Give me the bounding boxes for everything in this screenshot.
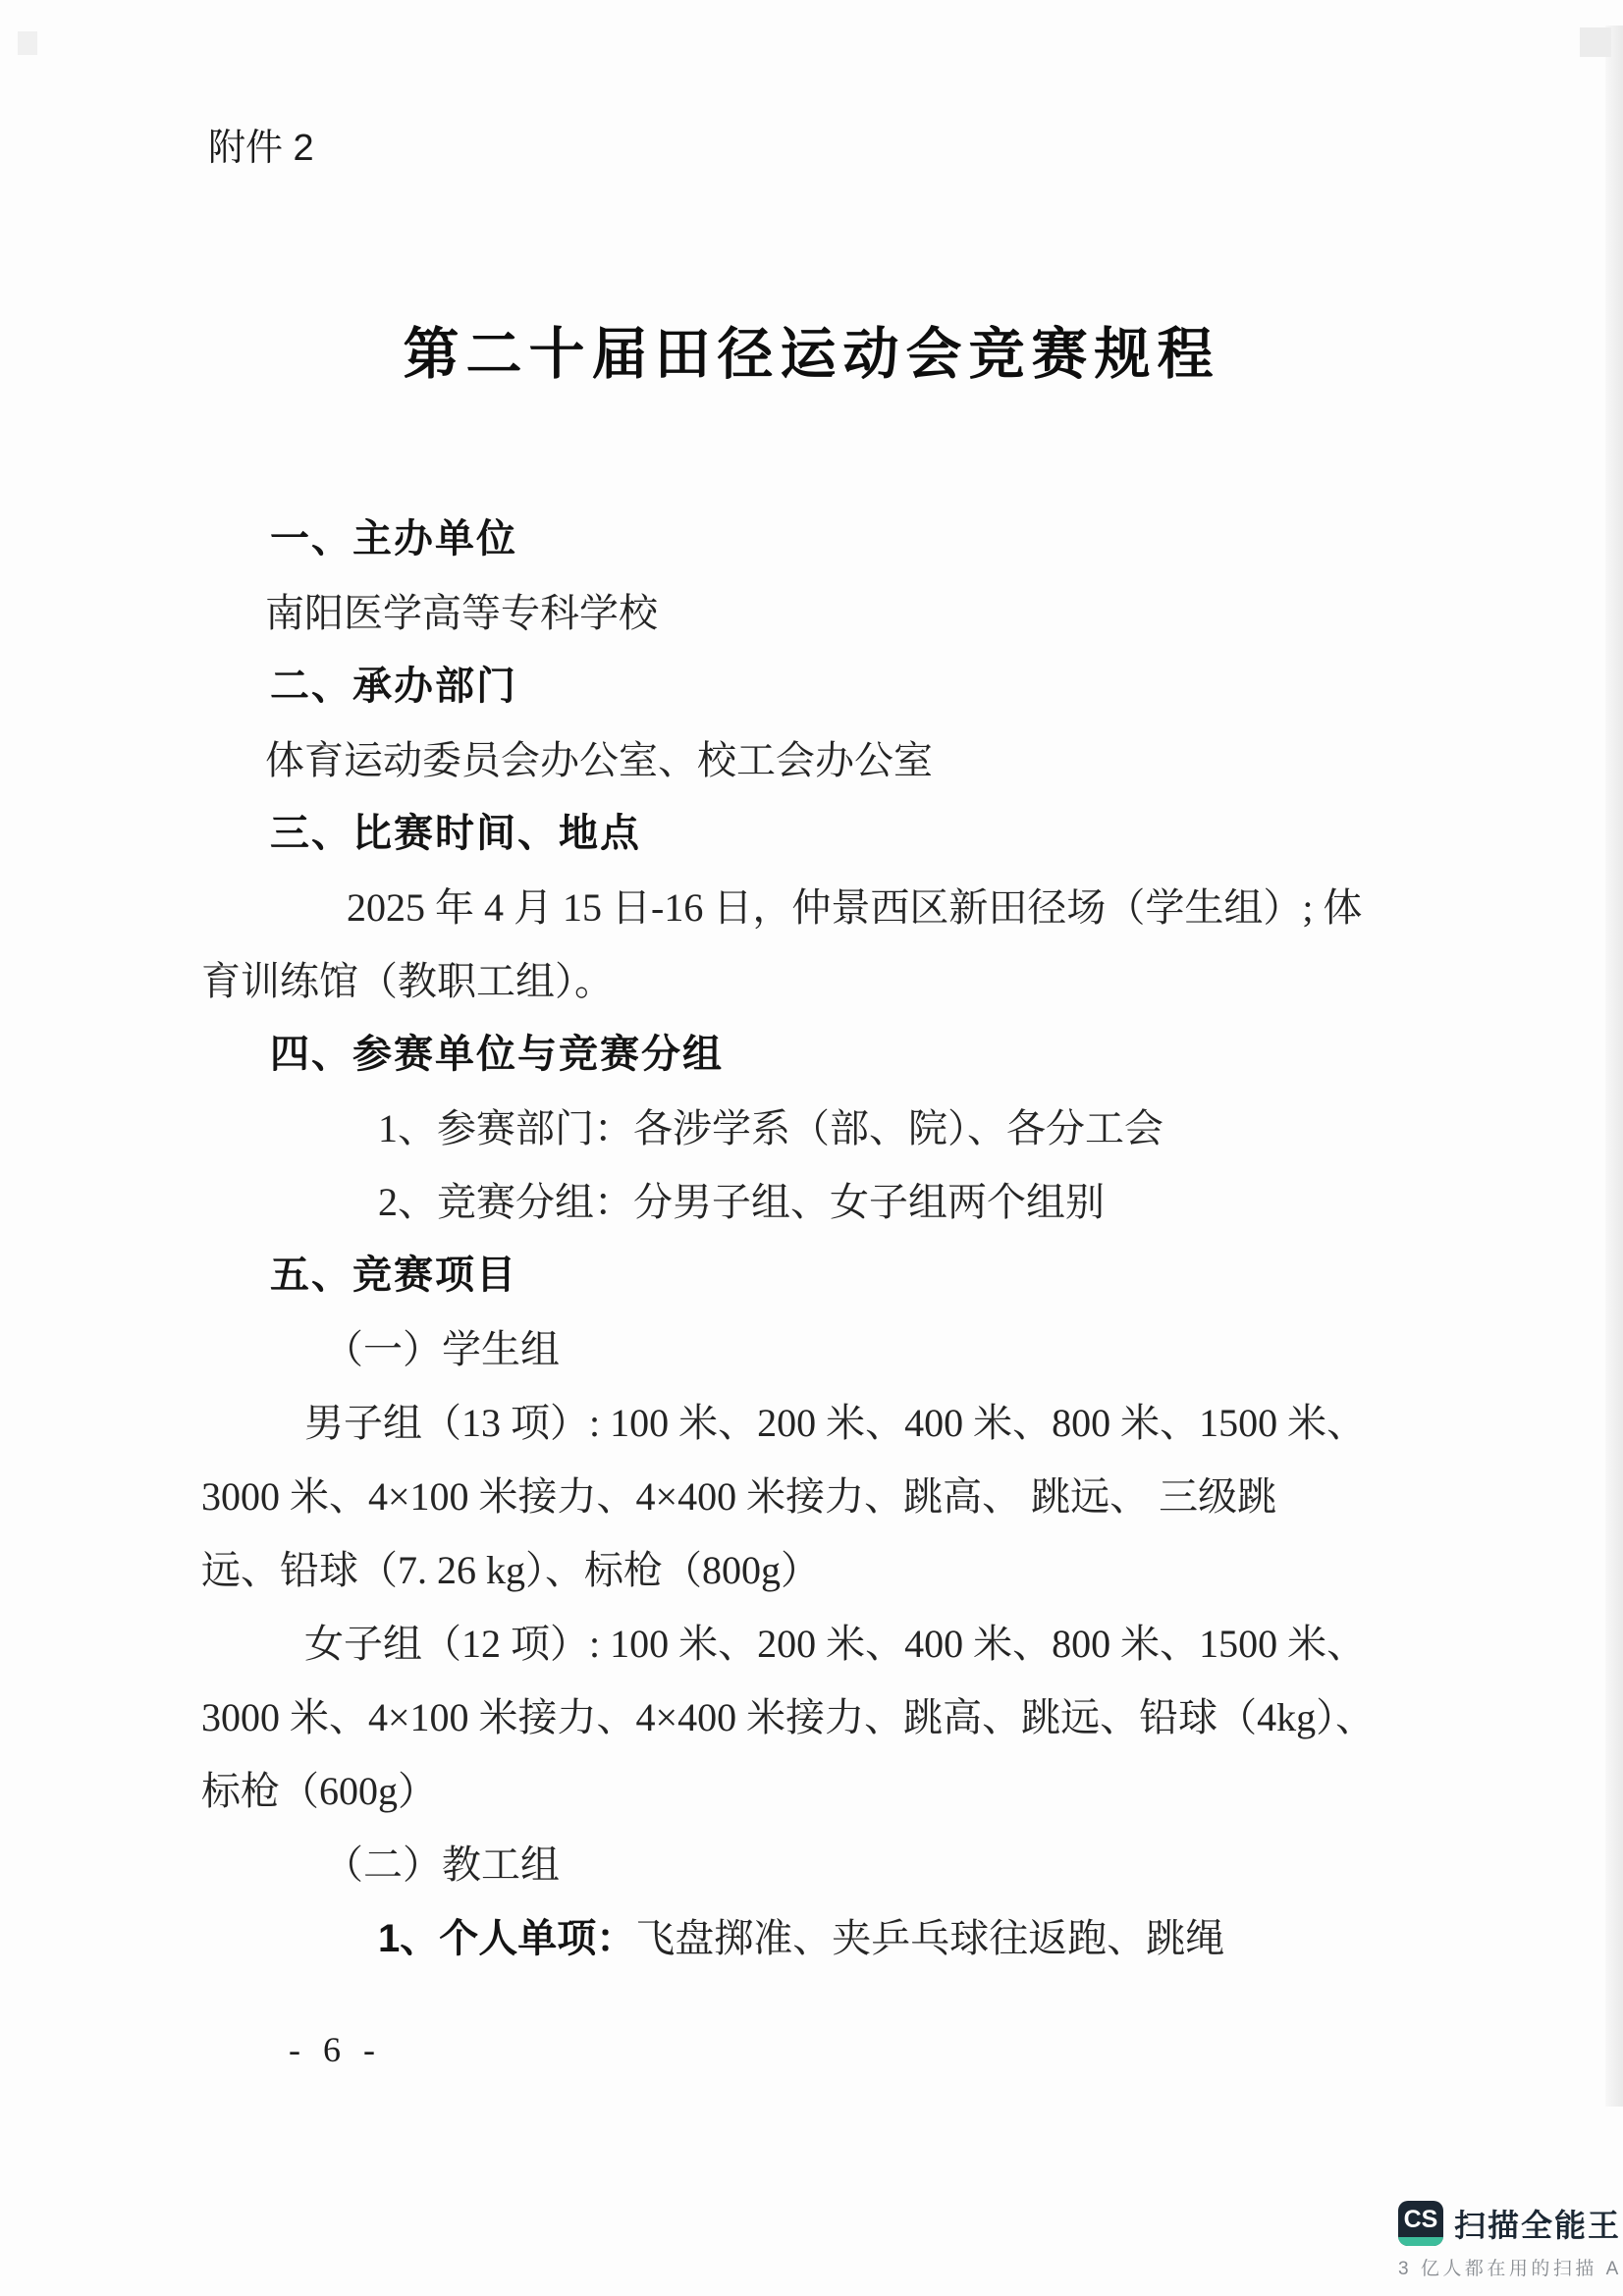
document-body: 一、主办单位 南阳医学高等专科学校 二、承办部门 体育运动委员会办公室、校工会办… [0,503,1623,1976]
section-3-heading: 三、比赛时间、地点 [270,797,1476,871]
organizing-departments-text: 体育运动委员会办公室、校工会办公室 [265,723,1476,797]
section-2-heading: 二、承办部门 [270,650,1476,723]
staff-item-label: 1、个人单项： [378,1917,635,1960]
staff-group-subheading: （二）教工组 [324,1828,1476,1901]
grouping-item: 2、竞赛分组：分男子组、女子组两个组别 [378,1165,1476,1239]
scan-edge-artifact [1605,26,1623,2107]
watermark-logo-row: CS 扫描全能王™ [1398,2201,1623,2246]
watermark-brand-label: 扫描全能王 [1454,2208,1621,2243]
staff-item-body: 飞盘掷准、夹乒乓球往返跑、跳绳 [635,1916,1224,1960]
camscanner-logo-icon: CS [1398,2201,1443,2246]
student-group-subheading: （一）学生组 [324,1312,1476,1386]
men-events-line-1: 男子组（13 项）: 100 米、200 米、400 米、800 米、1500 … [304,1386,1476,1460]
host-unit-text: 南阳医学高等专科学校 [265,576,1476,650]
camscanner-logo-letters: CS [1398,2202,1443,2237]
camscanner-watermark: CS 扫描全能王™ 3 亿人都在用的扫描 App [1398,2201,1623,2280]
camscanner-logo-accent-strip [1398,2237,1443,2246]
watermark-tagline: 3 亿人都在用的扫描 App [1398,2254,1623,2280]
scan-corner-artifact-left [18,31,37,55]
watermark-brand-text: 扫描全能王™ [1454,2201,1623,2246]
section-5-heading: 五、竞赛项目 [270,1239,1476,1312]
document-page: 附件 2 第二十届田径运动会竞赛规程 一、主办单位 南阳医学高等专科学校 二、承… [0,0,1623,2296]
time-place-line-1: 2025 年 4 月 15 日-16 日，仲景西区新田径场（学生组）; 体 [347,871,1476,944]
men-events-line-2: 3000 米、4×100 米接力、4×400 米接力、跳高、 跳远、 三级跳 [201,1460,1476,1533]
page-title: 第二十届田径运动会竞赛规程 [0,314,1623,395]
women-events-line-2: 3000 米、4×100 米接力、4×400 米接力、跳高、跳远、铅球（4kg）… [201,1681,1476,1754]
staff-individual-events: 1、个人单项：飞盘掷准、夹乒乓球往返跑、跳绳 [378,1901,1476,1976]
section-4-heading: 四、参赛单位与竞赛分组 [270,1018,1476,1092]
attachment-label: 附件 2 [208,0,1623,173]
scan-corner-artifact-right [1580,27,1611,57]
time-place-line-2: 育训练馆（教职工组）。 [201,944,1476,1018]
women-events-line-1: 女子组（12 项）: 100 米、200 米、400 米、800 米、1500 … [304,1607,1476,1681]
section-1-heading: 一、主办单位 [270,503,1476,576]
men-events-line-3: 远、铅球（7. 26 kg）、标枪（800g） [201,1533,1476,1607]
women-events-line-3: 标枪（600g） [201,1754,1476,1828]
page-number: - 6 - [289,2029,1623,2070]
participants-item: 1、参赛部门：各涉学系（部、院）、各分工会 [378,1092,1476,1165]
